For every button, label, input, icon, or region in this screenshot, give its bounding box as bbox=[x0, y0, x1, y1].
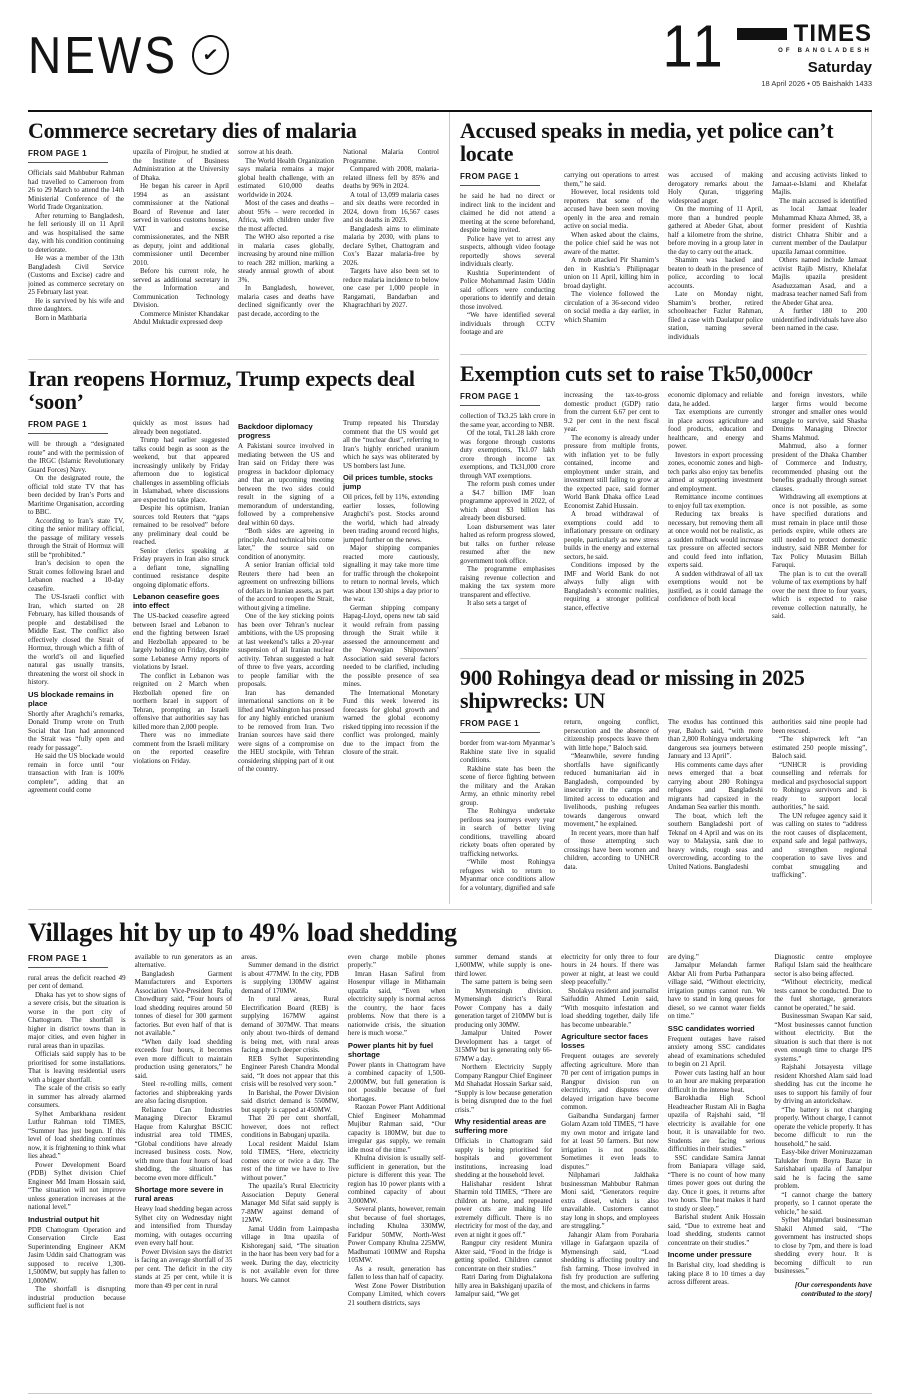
article-subhead: Industrial output hit bbox=[28, 1216, 126, 1225]
article-paragraph: The same pattern is being seen in Mymens… bbox=[455, 978, 553, 1029]
article-paragraph: That 20 per cent shortfall, however, doe… bbox=[241, 1114, 339, 1140]
article-paragraph: When asked about the claims, the police … bbox=[564, 231, 659, 257]
article-paragraph: Despite his optimism, Iranian sources to… bbox=[133, 504, 229, 547]
article-paragraph: Jamalpur Melandah farmer Akbar Ali from … bbox=[668, 961, 766, 1021]
article-rohingya-shipwrecks: 900 Rohingya dead or missing in 2025 shi… bbox=[460, 666, 867, 904]
article-paragraph: Raozan Power Plant Additional Chief Engi… bbox=[348, 1103, 446, 1154]
article-paragraph: The violence followed the circulation of… bbox=[564, 290, 659, 324]
article-paragraph: “Meanwhile, severe funding shortfalls ha… bbox=[564, 752, 659, 829]
main-columns: Commerce secretary dies of malaria FROM … bbox=[28, 112, 872, 904]
article-paragraph: PDB Chattogram Operation and Conservatio… bbox=[28, 1226, 126, 1286]
article-paragraph: Local resident Maidul Islam told TIMES, … bbox=[241, 1140, 339, 1183]
article-paragraph: Jamal Uddin from Laimpasha village in It… bbox=[241, 1225, 339, 1285]
article-paragraph: Of the total, Tk1.28 lakh crore was forg… bbox=[460, 429, 555, 480]
article-paragraph: On the morning of 11 April, more than a … bbox=[668, 205, 763, 256]
article-paragraph: “We have identified several individuals … bbox=[460, 311, 555, 337]
article-paragraph: Investors in export processing zones, ec… bbox=[668, 451, 763, 494]
article-paragraph: summer demand stands at 1,600MW, while s… bbox=[455, 953, 553, 979]
headline: 900 Rohingya dead or missing in 2025 shi… bbox=[460, 666, 867, 712]
article-paragraph: Mahmud, also a former president of the D… bbox=[772, 442, 867, 493]
article-column: authorities said nine people had been re… bbox=[772, 718, 867, 904]
article-paragraph: Officials said Mahbubur Rahman had trave… bbox=[28, 169, 124, 212]
article-column: National Malaria Control Programme.Compa… bbox=[343, 148, 439, 354]
article-paragraph: Commerce Minister Khandakar Abdul Muktad… bbox=[133, 310, 229, 327]
article-paragraph: return, ongoing conflict, persecution an… bbox=[564, 718, 659, 752]
article-paragraph: Shamim was hacked and beaten to death in… bbox=[668, 256, 763, 290]
article-paragraph: “Without electricity, medical tests cann… bbox=[774, 978, 872, 1012]
left-half: Commerce secretary dies of malaria FROM … bbox=[28, 112, 450, 904]
article-subhead: SSC candidates worried bbox=[668, 1025, 766, 1034]
article-paragraph: Late on Monday night, Shamim’s brother, … bbox=[668, 290, 763, 341]
article-paragraph: Major shipping companies reacted more ca… bbox=[343, 544, 439, 604]
article-column: electricity for only three to four hours… bbox=[561, 953, 659, 1389]
article-paragraph: authorities said nine people had been re… bbox=[772, 718, 867, 735]
article-column: Backdoor diplomacy progressA Pakistani s… bbox=[238, 419, 334, 867]
article-columns: FROM PAGE 1he said he had no direct or i… bbox=[460, 171, 867, 349]
article-paragraph: Withdrawing all exemptions at once is no… bbox=[772, 493, 867, 570]
article-paragraph: Imran Hasan Safirul from Hosenpur villag… bbox=[348, 970, 446, 1038]
article-column: FROM PAGE 1he said he had no direct or i… bbox=[460, 171, 555, 349]
weekday: Saturday bbox=[808, 59, 872, 76]
article-paragraph: The scale of the crisis so early in summ… bbox=[28, 1084, 126, 1110]
article-paragraph: In recent years, more than half of those… bbox=[564, 829, 659, 872]
from-page-kicker: FROM PAGE 1 bbox=[28, 148, 108, 163]
article-paragraph: German shipping company Hapag-Lloyd, ope… bbox=[343, 604, 439, 689]
article-paragraph: In Barishal, the Power Division said dis… bbox=[241, 1089, 339, 1115]
section-wordmark: NEWS ✓ bbox=[28, 28, 229, 82]
article-paragraph: and accusing activists linked to Jamaat-… bbox=[772, 171, 867, 197]
page-number: 11 bbox=[663, 19, 727, 75]
article-paragraph: The programme emphasises raising revenue… bbox=[460, 565, 555, 599]
article-paragraph: Sylhet Majumdari businessman Shakil Ahme… bbox=[774, 1216, 872, 1276]
article-paragraph: Tax exemptions are currently in place ac… bbox=[668, 408, 763, 451]
from-page-kicker: FROM PAGE 1 bbox=[460, 718, 540, 733]
article-paragraph: available to run generators as an altern… bbox=[135, 953, 233, 970]
article-column: return, ongoing conflict, persecution an… bbox=[564, 718, 659, 904]
article-subhead: Power plants hit by fuel shortage bbox=[348, 1042, 446, 1060]
from-page-kicker: FROM PAGE 1 bbox=[460, 391, 540, 406]
article-paragraph: Sholakya resident and journalist Saifudd… bbox=[561, 987, 659, 1030]
article-load-shedding: Villages hit by up to 49% load shedding … bbox=[28, 919, 872, 1388]
article-column: was accused of making derogatory remarks… bbox=[668, 171, 763, 349]
article-paragraph: A total of 13,099 malaria cases and six … bbox=[343, 191, 439, 225]
article-paragraph: electricity for only three to four hours… bbox=[561, 953, 659, 987]
from-page-kicker: FROM PAGE 1 bbox=[28, 419, 108, 434]
article-paragraph: However, local residents told reporters … bbox=[564, 188, 659, 231]
article-column: even charge mobile phones properly.”Imra… bbox=[348, 953, 446, 1389]
newspaper-page: NEWS ✓ 11 TIMES OF BANGLADESH Saturday 1… bbox=[0, 0, 900, 1394]
article-paragraph: He began his career in April 1994 as an … bbox=[133, 182, 229, 267]
article-column: Trump repeated his Thursday comment that… bbox=[343, 419, 439, 867]
from-page-kicker: FROM PAGE 1 bbox=[460, 171, 540, 186]
article-paragraph: Conditions imposed by the IMF and World … bbox=[564, 561, 659, 612]
article-paragraph: Officials in Chattogram said supply is b… bbox=[455, 1137, 553, 1180]
article-column: sorrow at his death.The World Health Org… bbox=[238, 148, 334, 354]
article-subhead: Oil prices tumble, stocks jump bbox=[343, 474, 439, 492]
article-paragraph: On the designated route, the official to… bbox=[28, 474, 124, 517]
headline: Iran reopens Hormuz, Trump expects deal … bbox=[28, 367, 439, 413]
section-rule-full bbox=[28, 909, 872, 910]
article-paragraph: Iran has demanded international sanction… bbox=[238, 689, 334, 774]
article-paragraph: In rural areas, Rural Electrification Bo… bbox=[241, 995, 339, 1055]
article-column: FROM PAGE 1Officials said Mahbubur Rahma… bbox=[28, 148, 124, 354]
article-paragraph: rural areas the deficit reached 49 per c… bbox=[28, 974, 126, 991]
article-paragraph: areas. bbox=[241, 953, 339, 962]
article-paragraph: Officials said supply has to be prioriti… bbox=[28, 1050, 126, 1084]
article-subhead: Lebanon ceasefire goes into effect bbox=[133, 593, 229, 611]
article-paragraph: upazila of Pirojpur, he studied at the I… bbox=[133, 148, 229, 182]
article-paragraph: He said the US blockade would remain in … bbox=[28, 752, 124, 795]
article-paragraph: Compared with 2008, malaria-related illn… bbox=[343, 165, 439, 191]
article-paragraph: The US-backed ceasefire agreed between I… bbox=[133, 612, 229, 672]
article-paragraph: Easy-bike driver Moniruzzaman Talukder f… bbox=[774, 1148, 872, 1191]
logo-bar-icon bbox=[737, 28, 787, 40]
article-paragraph: A further 180 to 200 unidentified indivi… bbox=[772, 307, 867, 333]
article-paragraph: Rajshahi Jotsayesta village resident Kho… bbox=[774, 1063, 872, 1106]
section-title: NEWS bbox=[28, 25, 178, 85]
article-paragraph: West Zone Power Distribution Company Lim… bbox=[348, 1282, 446, 1308]
article-paragraph: His comments came days after news emerge… bbox=[668, 761, 763, 812]
article-columns: FROM PAGE 1collection of Tk3.25 lakh cro… bbox=[460, 391, 867, 653]
article-paragraph: Ratri Daring from Dighalakona hilly area… bbox=[455, 1273, 553, 1299]
article-paragraph: sorrow at his death. bbox=[238, 148, 334, 157]
article-column: and accusing activists linked to Jamaat-… bbox=[772, 171, 867, 349]
article-paragraph: Diagnostic centre employee Rafiqul Islam… bbox=[774, 953, 872, 979]
article-paragraph: will be through a “designated route” and… bbox=[28, 440, 124, 474]
article-paragraph: Loan disbursement was later halted as re… bbox=[460, 523, 555, 566]
article-paragraph: The economy is already under pressure fr… bbox=[564, 434, 659, 511]
article-paragraph: There was no immediate comment from the … bbox=[133, 731, 229, 765]
article-paragraph: Reducing tax breaks is necessary, but re… bbox=[668, 510, 763, 570]
article-column: increasing the tax-to-gross domestic pro… bbox=[564, 391, 659, 653]
article-paragraph: Rangpur city resident Munira Akter said,… bbox=[455, 1239, 553, 1273]
article-paragraph: A sudden withdrawal of all tax exemption… bbox=[668, 570, 763, 604]
article-column: FROM PAGE 1rural areas the deficit reach… bbox=[28, 953, 126, 1389]
article-paragraph: The International Monetary Fund this wee… bbox=[343, 689, 439, 757]
article-subhead: Income under pressure bbox=[668, 1251, 766, 1260]
headline: Villages hit by up to 49% load shedding bbox=[28, 919, 872, 946]
article-paragraph: Iran’s decision to open the Strait comes… bbox=[28, 559, 124, 593]
article-column: FROM PAGE 1border from war-torn Myanmar’… bbox=[460, 718, 555, 904]
article-paragraph: The Rohingya undertake perilous sea jour… bbox=[460, 807, 555, 858]
article-paragraph: quickly as most issues had already been … bbox=[133, 419, 229, 436]
article-paragraph: Frequent outages have raised anxiety amo… bbox=[668, 1035, 766, 1069]
article-paragraph: After returning to Bangladesh, he fell s… bbox=[28, 212, 124, 255]
article-paragraph: Power plants in Chattogram have a combin… bbox=[348, 1061, 446, 1104]
article-paragraph: carrying out operations to arrest them,”… bbox=[564, 171, 659, 188]
article-paragraph: The upazila’s Rural Electricity Associat… bbox=[241, 1182, 339, 1225]
brand-subtitle: OF BANGLADESH bbox=[778, 48, 872, 54]
logo-top: TIMES bbox=[737, 22, 872, 46]
article-paragraph: The conflict in Lebanon was reignited on… bbox=[133, 672, 229, 732]
article-column: Diagnostic centre employee Rafiqul Islam… bbox=[774, 953, 872, 1389]
article-paragraph: Oil prices, fell by 11%, extending earli… bbox=[343, 493, 439, 544]
article-paragraph: Dhaka has yet to show signs of a severe … bbox=[28, 991, 126, 1051]
headline: Exemption cuts set to raise Tk50,000cr bbox=[460, 362, 867, 385]
section-rule bbox=[460, 354, 867, 355]
article-paragraph: Jahangir Alam from Porabaria village in … bbox=[561, 1231, 659, 1291]
article-paragraph: A Pakistani source involved in mediating… bbox=[238, 442, 334, 527]
article-columns: FROM PAGE 1Officials said Mahbubur Rahma… bbox=[28, 148, 439, 354]
article-paragraph: Sylhet Ambarkhana resident Lutfur Rahman… bbox=[28, 1110, 126, 1161]
article-paragraph: He was a member of the 13th Bangladesh C… bbox=[28, 254, 124, 297]
article-paragraph: Police have yet to arrest any suspects, … bbox=[460, 235, 555, 269]
article-paragraph: The reform push comes under a $4.7 billi… bbox=[460, 480, 555, 523]
article-paragraph: even charge mobile phones properly.” bbox=[348, 953, 446, 970]
section-rule bbox=[460, 658, 867, 659]
article-paragraph: collection of Tk3.25 lakh crore in the s… bbox=[460, 412, 555, 429]
verified-check-icon: ✓ bbox=[189, 33, 231, 78]
article-paragraph: Rakhine state has been the scene of fier… bbox=[460, 765, 555, 808]
article-column: quickly as most issues had already been … bbox=[133, 419, 229, 867]
article-paragraph: “While most Rohingya refugees wish to re… bbox=[460, 858, 555, 892]
article-paragraph: Trump repeated his Thursday comment that… bbox=[343, 419, 439, 470]
article-column: upazila of Pirojpur, he studied at the I… bbox=[133, 148, 229, 354]
article-paragraph: border from war-torn Myanmar’s Rakhine s… bbox=[460, 739, 555, 765]
article-paragraph: Power Division says the district is faci… bbox=[135, 1248, 233, 1291]
article-subhead: Backdoor diplomacy progress bbox=[238, 423, 334, 441]
article-commerce-secretary: Commerce secretary dies of malaria FROM … bbox=[28, 119, 439, 354]
article-paragraph: are dying.” bbox=[668, 953, 766, 962]
article-column: and foreign investors, while larger firm… bbox=[772, 391, 867, 653]
article-paragraph: he said he had no direct or indirect lin… bbox=[460, 192, 555, 235]
article-paragraph: “I cannot charge the battery properly, s… bbox=[774, 1191, 872, 1217]
article-paragraph: Khulna division is usually self-sufficie… bbox=[348, 1154, 446, 1205]
article-paragraph: Power Development Board (PDB) Sylhet div… bbox=[28, 1161, 126, 1212]
headline: Commerce secretary dies of malaria bbox=[28, 119, 439, 142]
article-column: summer demand stands at 1,600MW, while s… bbox=[455, 953, 553, 1389]
newspaper-logo: TIMES OF BANGLADESH Saturday 18 April 20… bbox=[737, 22, 872, 88]
article-paragraph: Born in Mathbaria bbox=[28, 314, 124, 323]
from-page-kicker: FROM PAGE 1 bbox=[28, 953, 108, 968]
article-paragraph: REB Sylhet Superintending Engineer Pares… bbox=[241, 1055, 339, 1089]
article-column: economic diplomacy and reliable data, he… bbox=[668, 391, 763, 653]
article-paragraph: Most of the cases and deaths – about 95%… bbox=[238, 199, 334, 233]
article-paragraph: Power cuts lasting half an hour to an ho… bbox=[668, 1069, 766, 1095]
article-paragraph: Heavy load shedding began across Sylhet … bbox=[135, 1205, 233, 1248]
article-paragraph: Steel re-rolling mills, cement factories… bbox=[135, 1080, 233, 1106]
article-paragraph: Nilphamari Jaldhaka businessman Mahbubur… bbox=[561, 1171, 659, 1231]
article-paragraph: Barishal student Anik Hossain said, “Due… bbox=[668, 1213, 766, 1247]
article-accused-police: Accused speaks in media, yet police can’… bbox=[460, 119, 867, 349]
article-column: are dying.”Jamalpur Melandah farmer Akba… bbox=[668, 953, 766, 1389]
article-paragraph: In Bangladesh, however, malaria cases an… bbox=[238, 284, 334, 318]
article-paragraph: The WHO also reported a rise in malaria … bbox=[238, 233, 334, 284]
article-paragraph: increasing the tax-to-gross domestic pro… bbox=[564, 391, 659, 434]
article-paragraph: One of the key sticking points has been … bbox=[238, 612, 334, 689]
article-paragraph: It also sets a target of bbox=[460, 599, 555, 608]
article-subhead: Agriculture sector faces losses bbox=[561, 1033, 659, 1051]
article-paragraph: Frequent outages are severely affecting … bbox=[561, 1052, 659, 1112]
article-columns: FROM PAGE 1rural areas the deficit reach… bbox=[28, 953, 872, 1389]
correspondent-credit: [Our correspondents have contributed to … bbox=[774, 1281, 872, 1299]
article-paragraph: Remittance income continues to enjoy ful… bbox=[668, 493, 763, 510]
article-columns: FROM PAGE 1border from war-torn Myanmar’… bbox=[460, 718, 867, 904]
brand-name: TIMES bbox=[794, 22, 872, 46]
article-paragraph: Northern Electricity Supply Company Rang… bbox=[455, 1063, 553, 1114]
date-line: 18 April 2026 • 05 Baishakh 1433 bbox=[761, 79, 872, 88]
article-paragraph: “When daily load shedding exceeds four h… bbox=[135, 1038, 233, 1081]
article-paragraph: Barokhadia High School Headteacher Rusta… bbox=[668, 1094, 766, 1154]
section-rule bbox=[28, 359, 439, 360]
article-paragraph: Summer demand in the district is about 4… bbox=[241, 961, 339, 995]
article-paragraph: Halishahar resident Ishrat Sharmin told … bbox=[455, 1180, 553, 1240]
article-paragraph: “Both sides are agreeing in principle. A… bbox=[238, 527, 334, 561]
brand-block: 11 TIMES OF BANGLADESH Saturday 18 April… bbox=[663, 22, 872, 88]
headline: Accused speaks in media, yet police can’… bbox=[460, 119, 867, 165]
article-columns: FROM PAGE 1will be through a “designated… bbox=[28, 419, 439, 867]
article-paragraph: The exodus has continued this year, Balo… bbox=[668, 718, 763, 761]
article-paragraph: A senior Iranian official told Reuters t… bbox=[238, 561, 334, 612]
article-paragraph: National Malaria Control Programme. bbox=[343, 148, 439, 165]
article-paragraph: The US-Israeli conflict with Iran, which… bbox=[28, 593, 124, 687]
article-paragraph: Others named include Jamaat activist Raj… bbox=[772, 256, 867, 307]
article-paragraph: Senior clerics speaking at Friday prayer… bbox=[133, 547, 229, 590]
article-paragraph: Kushtia Superintendent of Police Mohamma… bbox=[460, 269, 555, 312]
article-paragraph: The plan is to cut the overall volume of… bbox=[772, 570, 867, 621]
article-paragraph: Targets have also been set to reduce mal… bbox=[343, 267, 439, 310]
article-iran-hormuz: Iran reopens Hormuz, Trump expects deal … bbox=[28, 367, 439, 867]
article-paragraph: The shortfall is disrupting industrial p… bbox=[28, 1285, 126, 1311]
article-column: carrying out operations to arrest them,”… bbox=[564, 171, 659, 349]
article-paragraph: “The shipwreck left “an estimated 250 pe… bbox=[772, 735, 867, 761]
article-paragraph: A mob attacked Pir Shamim’s den in Kusht… bbox=[564, 256, 659, 290]
article-paragraph: As a result, generation has fallen to le… bbox=[348, 1265, 446, 1282]
article-column: areas.Summer demand in the district is a… bbox=[241, 953, 339, 1389]
article-paragraph: In Barishal city, load shedding is takin… bbox=[668, 1261, 766, 1287]
article-paragraph: Gaibandha Sundarganj farmer Golam Azam t… bbox=[561, 1112, 659, 1172]
article-paragraph: The main accused is identified as local … bbox=[772, 197, 867, 257]
article-paragraph: economic diplomacy and reliable data, he… bbox=[668, 391, 763, 408]
article-paragraph: Businessman Swapan Kar said, “Most busin… bbox=[774, 1012, 872, 1063]
article-paragraph: Reliance Can Industries Managing Directo… bbox=[135, 1106, 233, 1183]
article-paragraph: Bangladesh Garment Manufacturers and Exp… bbox=[135, 970, 233, 1038]
article-column: The exodus has continued this year, Balo… bbox=[668, 718, 763, 904]
article-column: FROM PAGE 1will be through a “designated… bbox=[28, 419, 124, 867]
article-paragraph: The boat, which left the southern Bangla… bbox=[668, 812, 763, 872]
article-paragraph: Several plants, however, remain shut bec… bbox=[348, 1205, 446, 1265]
article-paragraph: Trump had earlier suggested talks could … bbox=[133, 436, 229, 504]
article-subhead: Why residential areas are suffering more bbox=[455, 1118, 553, 1136]
article-column: FROM PAGE 1collection of Tk3.25 lakh cro… bbox=[460, 391, 555, 653]
article-subhead: US blockade remains in place bbox=[28, 691, 124, 709]
article-exemption-cuts: Exemption cuts set to raise Tk50,000cr F… bbox=[460, 362, 867, 653]
article-paragraph: Jamalpur United Power Development has a … bbox=[455, 1029, 553, 1063]
article-paragraph: Shortly after Araghchi’s remarks, Donald… bbox=[28, 710, 124, 753]
article-paragraph: was accused of making derogatory remarks… bbox=[668, 171, 763, 205]
article-paragraph: “UNHCR is providing counselling and refe… bbox=[772, 761, 867, 812]
article-paragraph: SSC candidate Samira Jannat from Baniapa… bbox=[668, 1154, 766, 1214]
article-paragraph: “The battery is not charging properly. W… bbox=[774, 1106, 872, 1149]
right-half: Accused speaks in media, yet police can’… bbox=[450, 112, 872, 904]
article-paragraph: The World Health Organization says malar… bbox=[238, 157, 334, 200]
article-paragraph: Bangladesh aims to eliminate malaria by … bbox=[343, 225, 439, 268]
article-subhead: Shortage more severe in rural areas bbox=[135, 1186, 233, 1204]
article-paragraph: According to Iran’s state TV, citing the… bbox=[28, 517, 124, 560]
article-paragraph: He is survived by his wife and three dau… bbox=[28, 297, 124, 314]
article-paragraph: and foreign investors, while larger firm… bbox=[772, 391, 867, 442]
article-paragraph: A broad withdrawal of exemptions could a… bbox=[564, 510, 659, 561]
article-column: available to run generators as an altern… bbox=[135, 953, 233, 1389]
masthead: NEWS ✓ 11 TIMES OF BANGLADESH Saturday 1… bbox=[28, 14, 872, 108]
article-paragraph: The UN refugee agency said it was callin… bbox=[772, 812, 867, 880]
article-paragraph: Before his current role, he served as ad… bbox=[133, 267, 229, 310]
